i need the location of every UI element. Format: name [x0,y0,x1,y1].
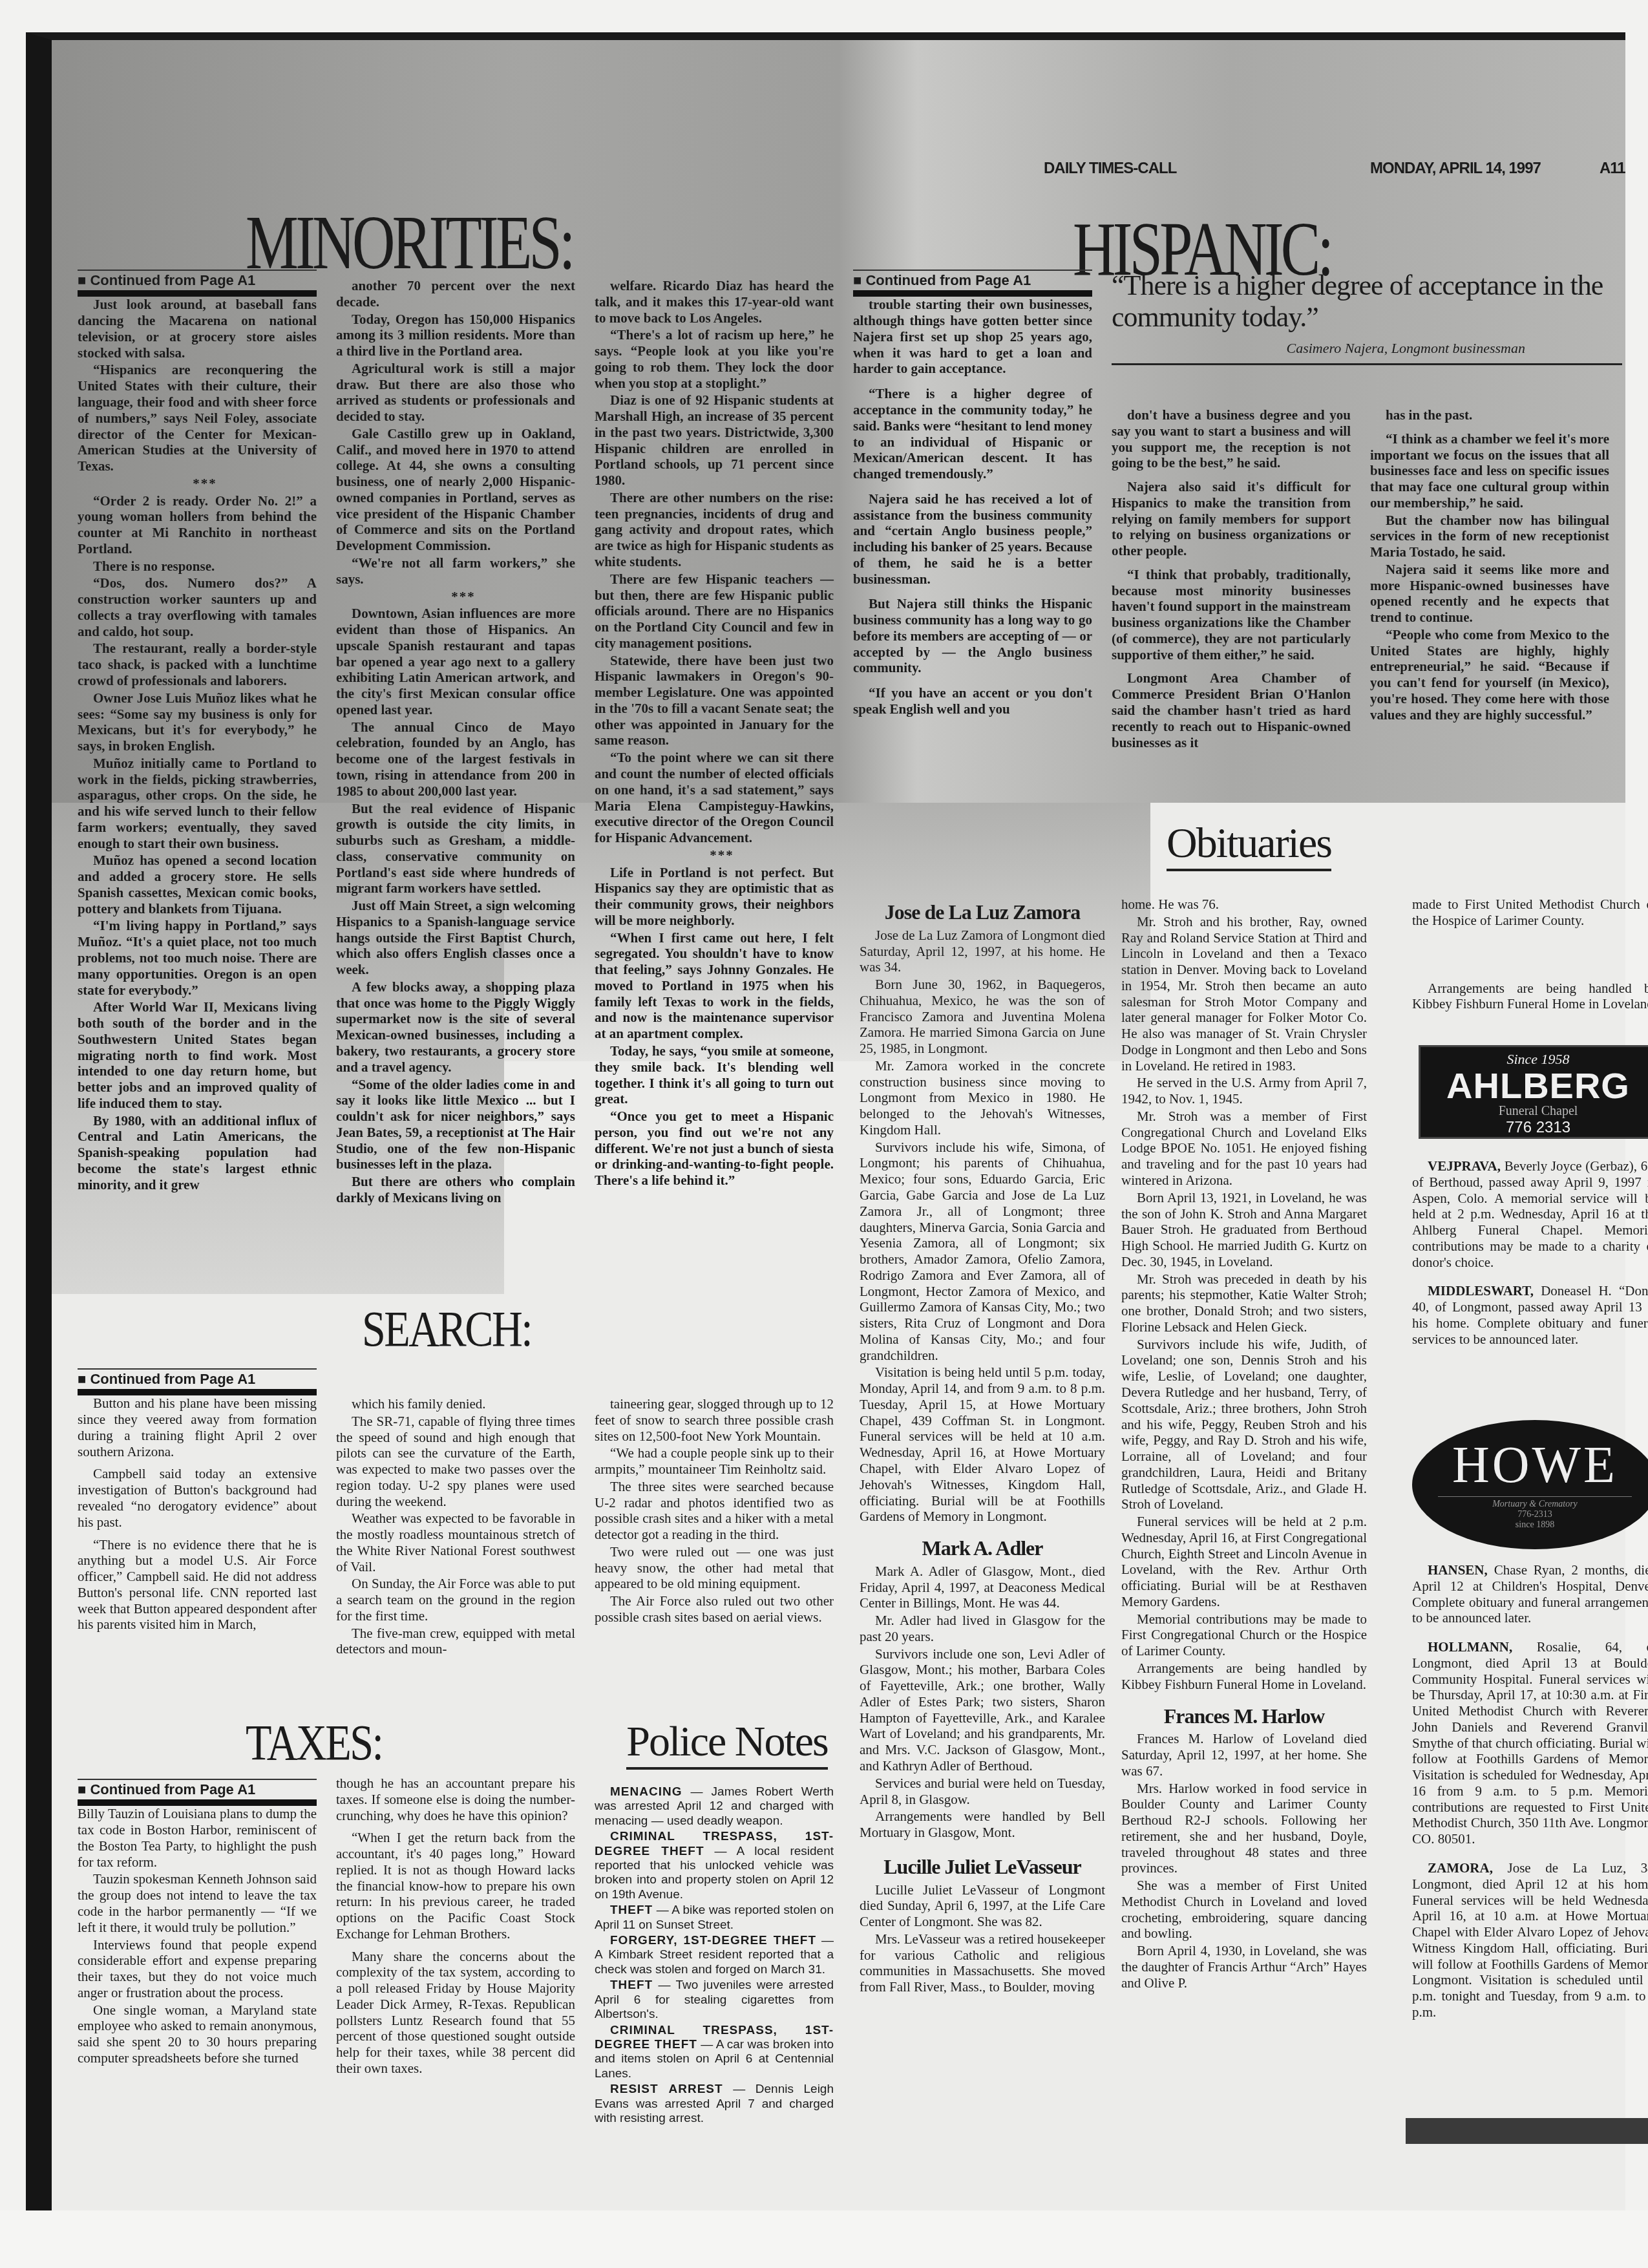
police-item: FORGERY, 1ST-DEGREE THEFT — A Kimbark St… [595,1934,834,1977]
obituaries-header: Obituaries [1167,822,1331,871]
headline-search: SEARCH: [362,1304,531,1354]
death-notices-2: HANSEN, Chase Ryan, 2 months, died April… [1412,1562,1648,2022]
search-col-3: taineering gear, slogged through up to 1… [595,1396,834,1627]
police-item: THEFT — A bike was reported stolen on Ap… [595,1903,834,1933]
search-col-1: Continued from Page A1 Button and his pl… [78,1368,317,1634]
ahlberg-funeral-chapel-ad: Since 1958 AHLBERG Funeral Chapel 776 23… [1419,1045,1648,1139]
minorities-col-2: another 70 percent over the next decade.… [336,278,575,1207]
pull-quote: “There is a higher degree of acceptance … [1112,270,1622,365]
newspaper-page: DAILY TIMES-CALL MONDAY, APRIL 14, 1997 … [26,32,1625,2217]
death-notice: HANSEN, Chase Ryan, 2 months, died April… [1412,1562,1648,1626]
taxes-col-2: though he has an accountant prepare his … [336,1775,575,2078]
page-number: A11 [1600,160,1625,178]
howe-mortuary-ad: HOWE Mortuary & Crematory 776-2313 since… [1412,1420,1648,1549]
police-notes-list: MENACING — James Robert Werth was arrest… [595,1785,834,2127]
headline-taxes: TAXES: [246,1717,382,1768]
continued-label: Continued from Page A1 [78,270,317,297]
partial-ad-bottom [1406,2118,1648,2144]
hispanic-col-1: Continued from Page A1 trouble starting … [853,270,1092,719]
continued-label: Continued from Page A1 [853,270,1092,297]
police-item: RESIST ARREST — Dennis Leigh Evans was a… [595,2083,834,2126]
obit-col-stroh: home. He was 76. Mr. Stroh and his broth… [1121,896,1367,1993]
minorities-col-1: Continued from Page A1 Just look around,… [78,270,317,1194]
obit-name-levasseur: Lucille Juliet LeVasseur [860,1855,1105,1880]
issue-date: MONDAY, APRIL 14, 1997 [1370,160,1541,178]
pull-quote-text: “There is a higher degree of acceptance … [1112,270,1622,334]
death-notice: HOLLMANN, Rosalie, 64, of Longmont, died… [1412,1639,1648,1847]
hispanic-col-2: don't have a business degree and you say… [1112,407,1351,752]
obit-name-adler: Mark A. Adler [860,1536,1105,1561]
obit-col-zamora: Jose de La Luz Zamora Jose de La Luz Zam… [860,896,1105,1997]
paper-name: DAILY TIMES-CALL [1044,160,1176,178]
pull-quote-attribution: Casimero Najera, Longmont businessman [1112,340,1622,365]
search-col-2: which his family denied. The SR-71, capa… [336,1396,575,1659]
obituaries-title: Obituaries [1167,822,1331,871]
obit-name-harlow: Frances M. Harlow [1121,1704,1367,1729]
police-item: MENACING — James Robert Werth was arrest… [595,1785,834,1828]
police-item: CRIMINAL TRESPASS, 1ST-DEGREE THEFT — A … [595,1830,834,1902]
police-item: CRIMINAL TRESPASS, 1ST-DEGREE THEFT — A … [595,2024,834,2082]
death-notice: ZAMORA, Jose de La Luz, 34, Longmont, di… [1412,1860,1648,2020]
police-notes-header: Police Notes [620,1721,834,1770]
hispanic-col-3: has in the past. “I think as a chamber w… [1370,407,1609,725]
obit-name-zamora: Jose de La Luz Zamora [860,900,1105,925]
scan-margin [0,2210,1648,2268]
police-notes-title: Police Notes [626,1721,827,1770]
continued-label: Continued from Page A1 [78,1779,317,1806]
death-notices-1: VEJPRAVA, Beverly Joyce (Gerbaz), 65, of… [1412,1158,1648,1348]
obit-col-right-top: made to First United Methodist Church or… [1412,896,1648,1013]
taxes-col-1: Continued from Page A1 Billy Tauzin of L… [78,1779,317,2068]
death-notice: MIDDLESWART, Doneasel H. “Don,” 40, of L… [1412,1283,1648,1347]
minorities-col-3: welfare. Ricardo Diaz has heard the talk… [595,278,834,1190]
police-item: THEFT — Two juveniles were arrested Apri… [595,1978,834,2022]
death-notice: VEJPRAVA, Beverly Joyce (Gerbaz), 65, of… [1412,1158,1648,1270]
continued-label: Continued from Page A1 [78,1368,317,1395]
